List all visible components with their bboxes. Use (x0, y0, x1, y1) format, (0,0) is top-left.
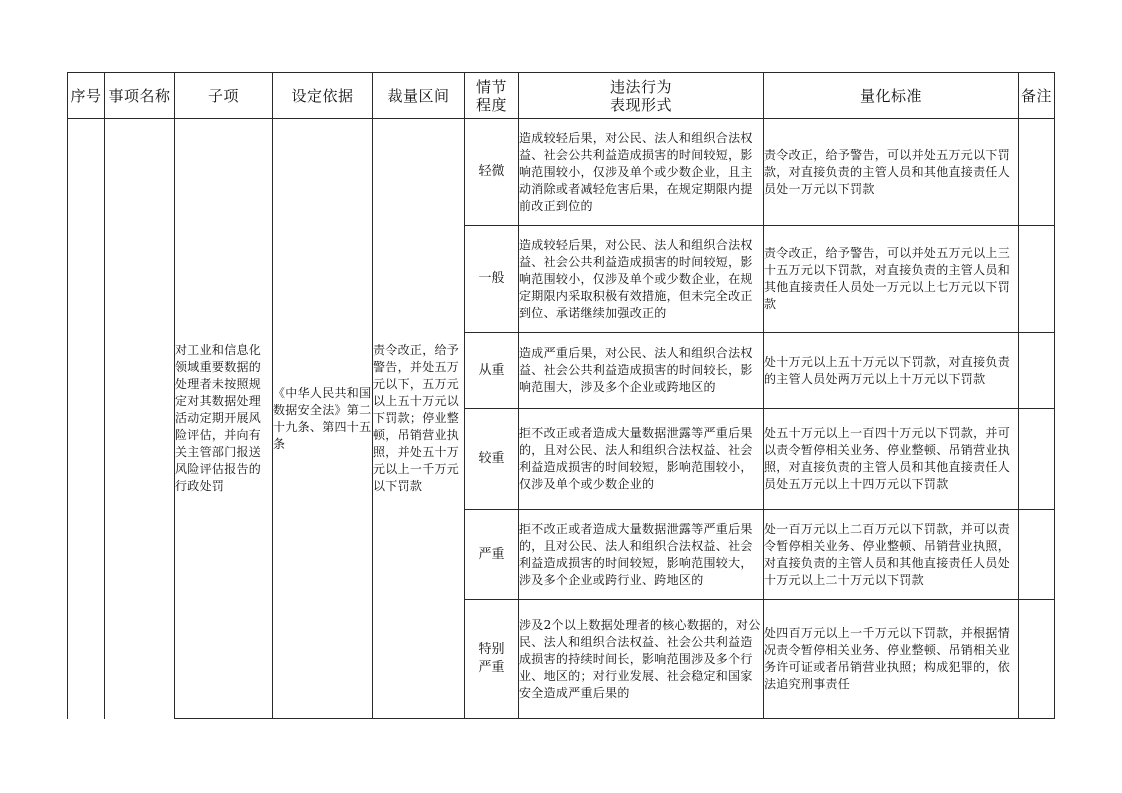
header-item-name: 事项名称 (105, 73, 175, 119)
header-remark: 备注 (1019, 73, 1055, 119)
degree-cell: 从重 (465, 333, 519, 409)
penalty-discretion-table: 序号 事项名称 子项 设定依据 裁量区间 情节 程度 违法行为 表现形式 量化标… (67, 72, 1055, 719)
standard-cell: 责令改正，给予警告，可以并处五万元以上三十五万元以下罚款，对直接负责的主管人员和… (764, 226, 1019, 333)
header-sub-item: 子项 (175, 73, 273, 119)
remark-cell (1019, 226, 1055, 333)
remark-cell (1019, 600, 1055, 719)
remark-cell (1019, 510, 1055, 600)
header-row: 序号 事项名称 子项 设定依据 裁量区间 情节 程度 违法行为 表现形式 量化标… (68, 73, 1055, 119)
standard-cell: 处五十万元以上一百四十万元以下罚款，并可以责令暂停相关业务、停业整顿、吊销营业执… (764, 409, 1019, 510)
remark-cell (1019, 409, 1055, 510)
remark-cell (1019, 333, 1055, 409)
remark-cell (1019, 119, 1055, 226)
degree-cell: 较重 (465, 409, 519, 510)
standard-cell: 处一百万元以上二百万元以下罚款，并可以责令暂停相关业务、停业整顿、吊销营业执照，… (764, 510, 1019, 600)
degree-cell: 轻微 (465, 119, 519, 226)
header-basis: 设定依据 (273, 73, 373, 119)
table-row: 对工业和信息化领域重要数据的处理者未按照规定对其数据处理活动定期开展风险评估，并… (68, 119, 1055, 226)
degree-cell: 一般 (465, 226, 519, 333)
behavior-cell: 拒不改正或者造成大量数据泄露等严重后果的，且对公民、法人和组织合法权益、社会利益… (519, 510, 764, 600)
standard-cell: 处四百万元以上一千万元以下罚款，并根据情况责令暂停相关业务、停业整顿、吊销相关业… (764, 600, 1019, 719)
header-behavior: 违法行为 表现形式 (519, 73, 764, 119)
standard-cell: 责令改正，给予警告，可以并处五万元以下罚款，对直接负责的主管人员和其他直接责任人… (764, 119, 1019, 226)
standard-cell: 处十万元以上五十万元以下罚款，对直接负责的主管人员处两万元以上十万元以下罚款 (764, 333, 1019, 409)
behavior-cell: 造成较轻后果，对公民、法人和组织合法权益、社会公共利益造成损害的时间较短，影响范… (519, 119, 764, 226)
behavior-cell: 造成较轻后果，对公民、法人和组织合法权益、社会公共利益造成损害的时间较短，影响范… (519, 226, 764, 333)
range-cell: 责令改正，给予警告，并处五万元以下，五万元以上五十万元以下罚款；停业整顿，吊销营… (373, 119, 465, 719)
seq-cell (68, 119, 105, 719)
basis-cell: 《中华人民共和国数据安全法》第二十九条、第四十五条 (273, 119, 373, 719)
item-name-cell (105, 119, 175, 719)
header-standard: 量化标准 (764, 73, 1019, 119)
header-degree: 情节 程度 (465, 73, 519, 119)
behavior-cell: 造成严重后果，对公民、法人和组织合法权益、社会公共利益造成损害的时间较长，影响范… (519, 333, 764, 409)
header-seq: 序号 (68, 73, 105, 119)
sub-item-cell: 对工业和信息化领域重要数据的处理者未按照规定对其数据处理活动定期开展风险评估，并… (175, 119, 273, 719)
behavior-cell: 拒不改正或者造成大量数据泄露等严重后果的，且对公民、法人和组织合法权益、社会利益… (519, 409, 764, 510)
degree-cell: 严重 (465, 510, 519, 600)
degree-cell: 特别 严重 (465, 600, 519, 719)
behavior-cell: 涉及2个以上数据处理者的核心数据的，对公民、法人和组织合法权益、社会公共利益造成… (519, 600, 764, 719)
header-range: 裁量区间 (373, 73, 465, 119)
